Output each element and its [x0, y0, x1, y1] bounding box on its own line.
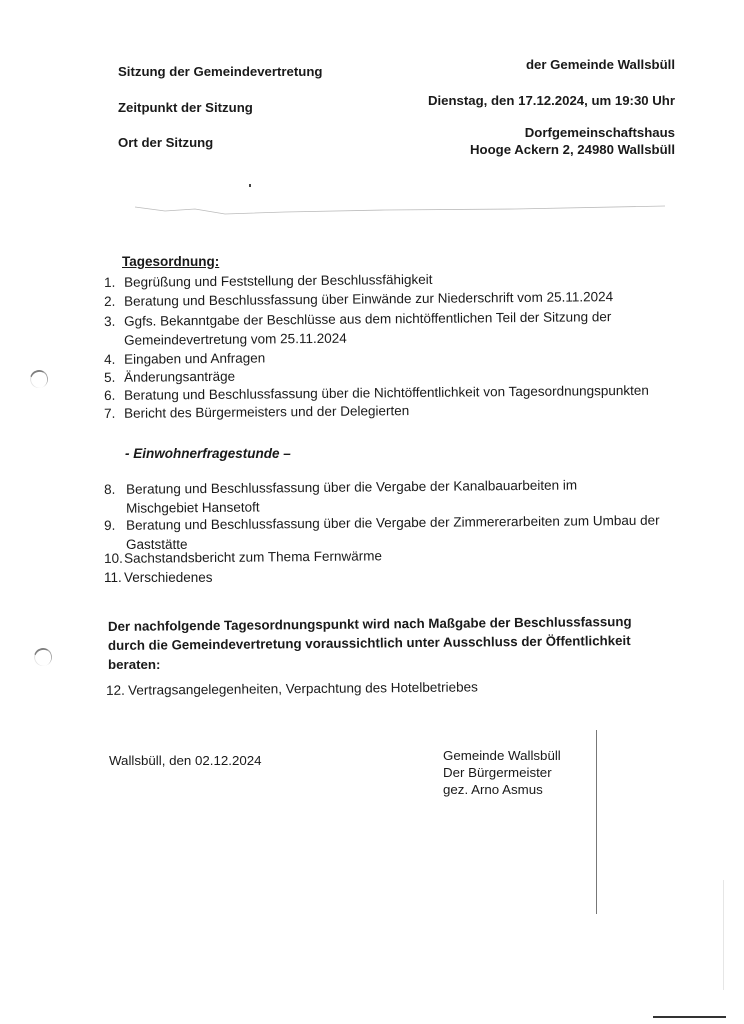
bottom-edge-line	[653, 1016, 726, 1018]
agenda-heading: Tagesordnung:	[122, 254, 219, 269]
closed-session-note-line2: durch die Gemeindevertretung voraussicht…	[108, 632, 631, 655]
agenda-item-1: 1. Begrüßung und Feststellung der Beschl…	[0, 269, 744, 276]
margin-vertical-line	[596, 730, 597, 914]
agenda-item-4: 4. Eingaben und Anfragen	[0, 346, 744, 353]
place-value-line1: Dorfgemeinschaftshaus	[525, 125, 675, 140]
scan-speck	[249, 184, 251, 187]
meeting-label: Sitzung der Gemeindevertretung	[118, 64, 322, 79]
punch-hole-icon	[31, 645, 54, 668]
agenda-item-12: 12. Vertragsangelegenheiten, Verpachtung…	[0, 677, 744, 684]
meeting-value: der Gemeinde Wallsbüll	[526, 57, 675, 72]
closed-session-note-line3: beraten:	[108, 656, 160, 674]
time-value: Dienstag, den 17.12.2024, um 19:30 Uhr	[428, 93, 675, 108]
agenda-interlude: - Einwohnerfragestunde –	[125, 446, 291, 461]
punch-hole-icon	[27, 367, 50, 390]
place-date: Wallsbüll, den 02.12.2024	[109, 752, 262, 769]
place-label: Ort der Sitzung	[118, 135, 213, 150]
place-value-line2: Hooge Ackern 2, 24980 Wallsbüll	[470, 142, 675, 157]
agenda-item-8: 8. Beratung und Beschlussfassung über di…	[0, 476, 744, 483]
signature-line-1: Gemeinde Wallsbüll	[443, 747, 561, 764]
signature-line-3: gez. Arno Asmus	[443, 781, 543, 798]
time-label: Zeitpunkt der Sitzung	[118, 100, 253, 115]
scan-smudge-line	[135, 205, 665, 215]
agenda-item-9: 9. Beratung und Beschlussfassung über di…	[0, 512, 744, 519]
faint-scan-line	[723, 880, 724, 990]
signature-line-2: Der Bürgermeister	[443, 764, 552, 781]
agenda-item-10: 10. Sachstandsbericht zum Thema Fernwärm…	[0, 545, 744, 552]
